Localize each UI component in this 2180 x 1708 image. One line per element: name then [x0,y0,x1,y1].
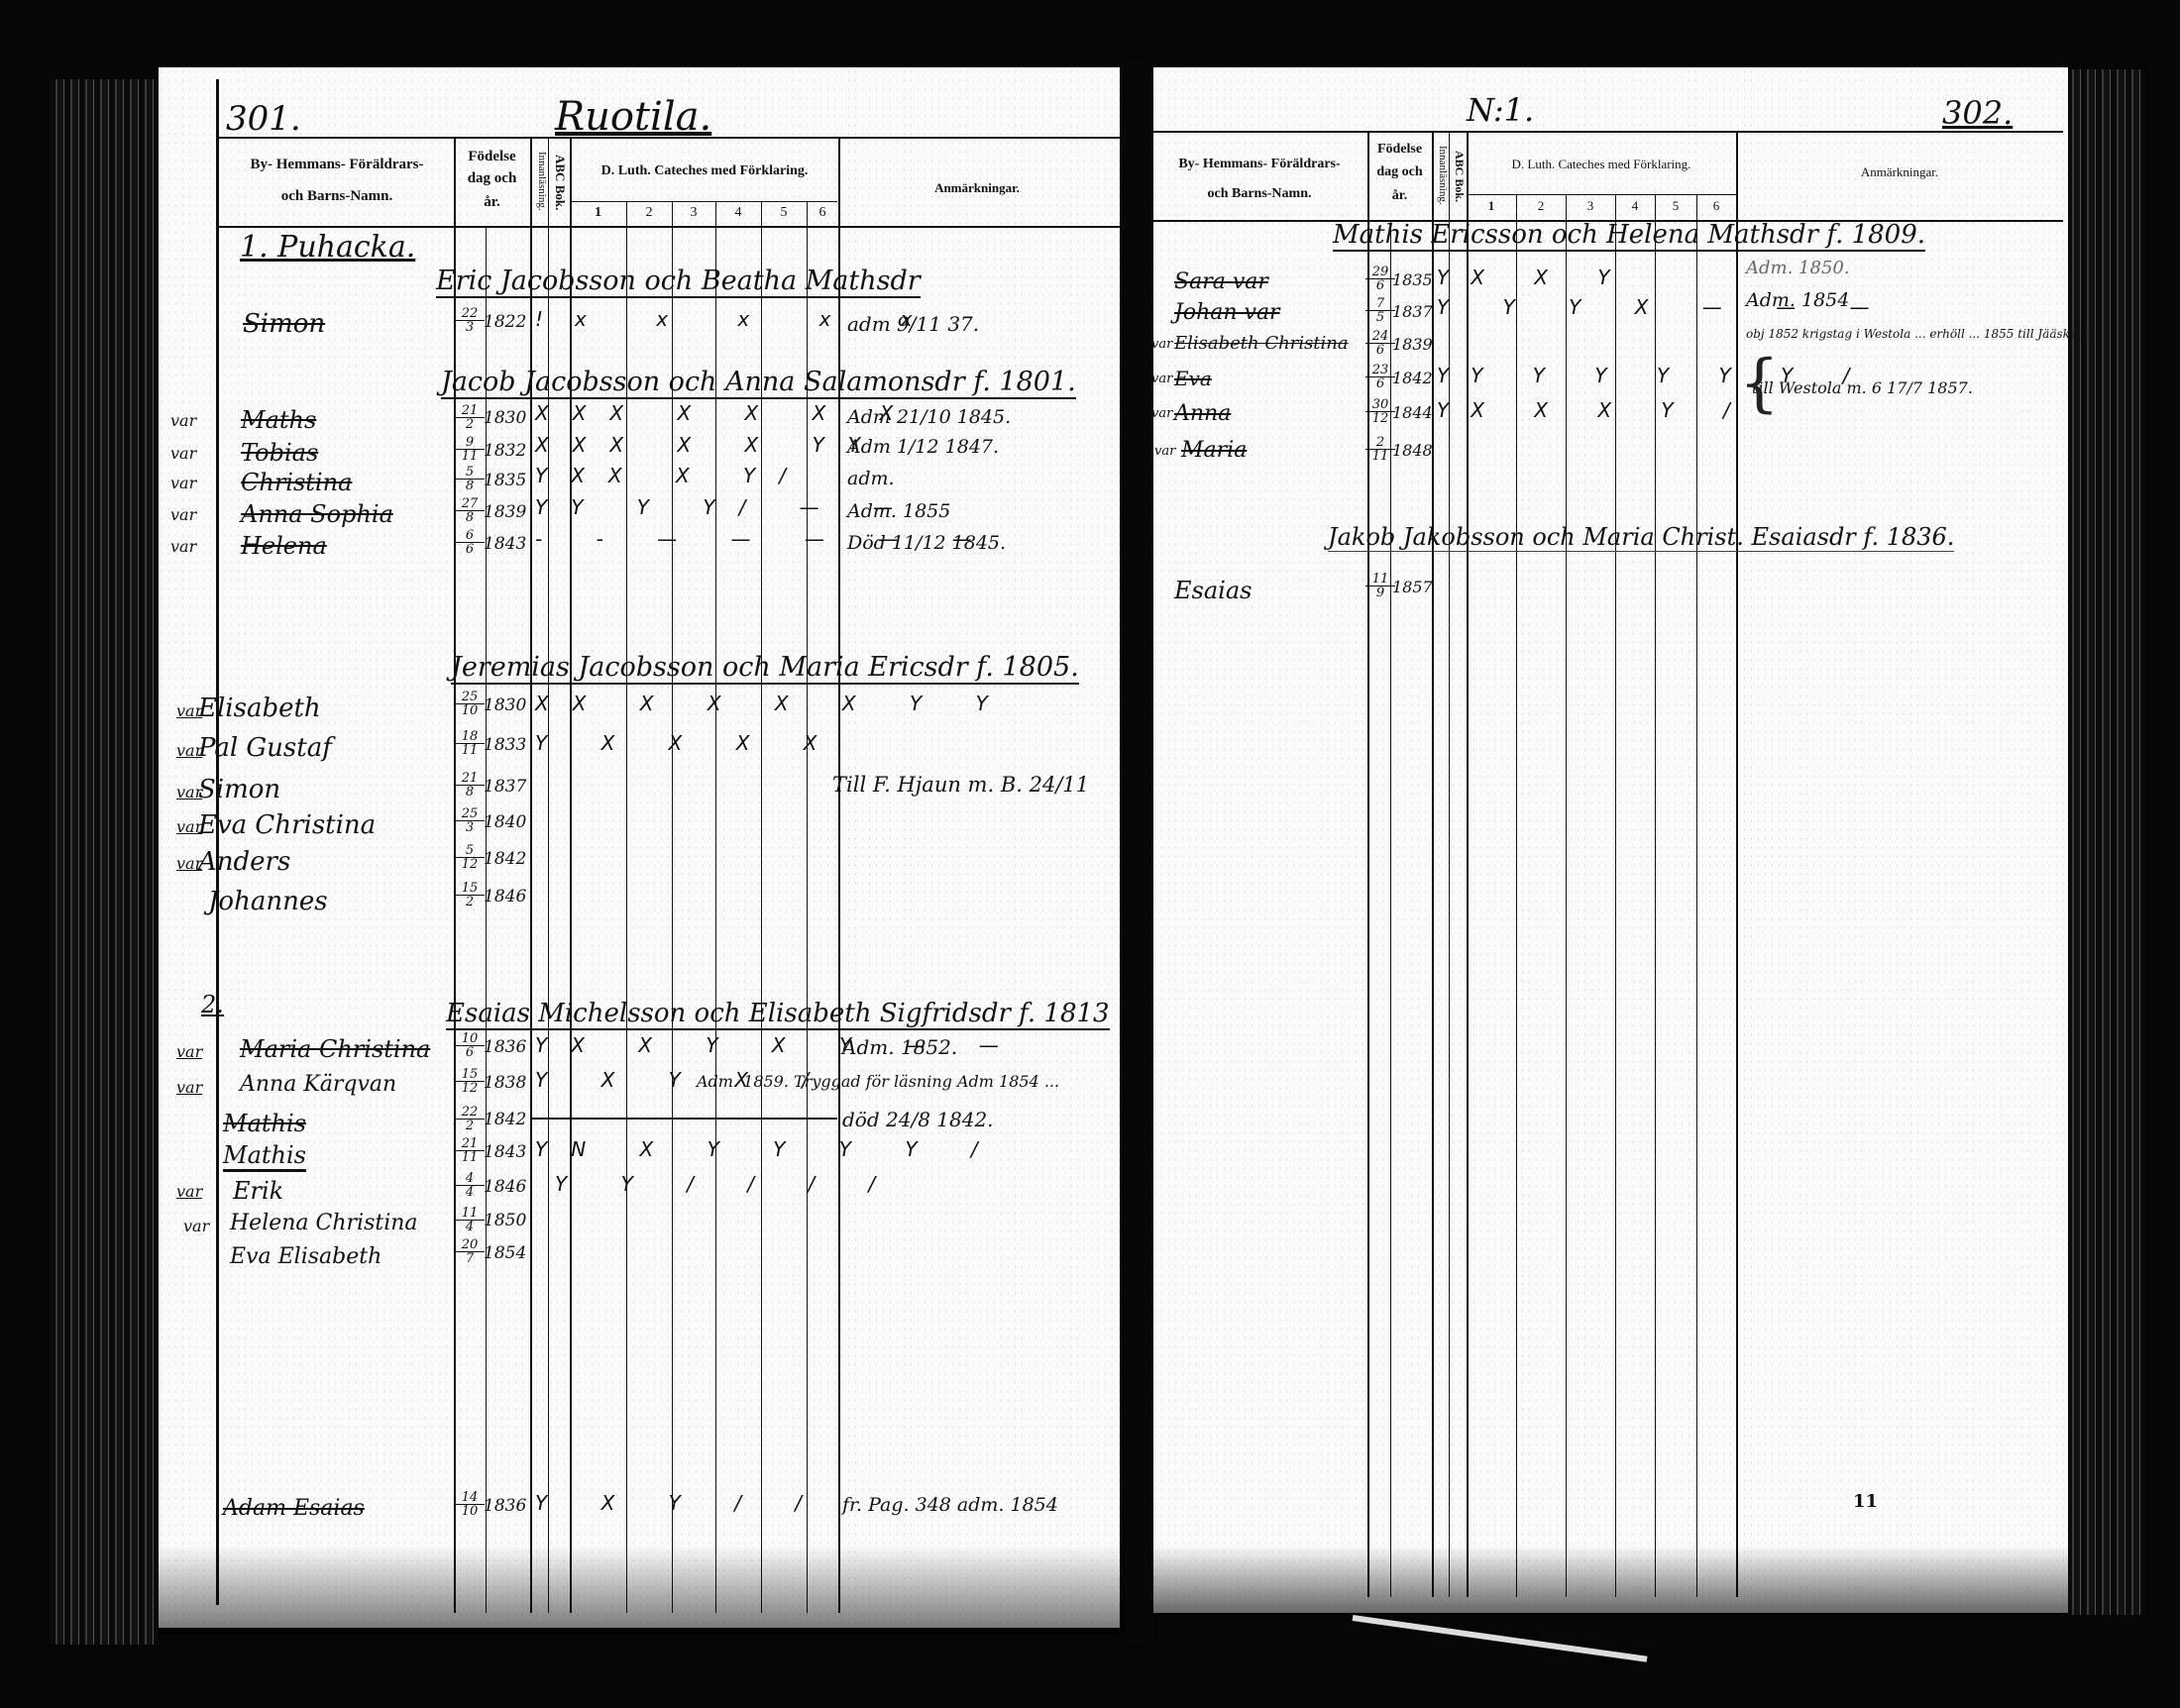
page-label-number: N:1. [1467,91,1534,129]
birth-year: 1836 [484,1496,526,1516]
member-name: Tobias [241,439,318,467]
header-birth-1: Födelse [1367,142,1432,158]
right-book-edge [2066,69,2145,1615]
birth-year: 1857 [1392,578,1433,596]
member-name: Erik [233,1177,283,1205]
header-catechism: D. Luth. Cateches med Förklaring. [570,163,839,179]
var-prefix: var [170,474,196,492]
remark: Till F. Hjaun m. B. 24/11 [832,773,1089,797]
var-prefix: var [176,1182,202,1201]
birth-daymonth: 253 [455,807,485,834]
birth-daymonth: 223 [455,307,485,334]
family-parents: Esaias Michelsson och Elisabeth Sigfrids… [446,999,1110,1030]
catechism-marks: YX X X Y / [1437,398,1752,422]
gutter [1120,59,1153,1645]
header-cat-3: 3 [1566,198,1615,214]
col-line [570,137,572,1613]
left-header-top [216,137,1120,139]
member-name: Simon [243,309,325,339]
birth-year: 1842 [1392,369,1433,387]
header-names-line1: By- Hemmans- Föräldrars- [1151,157,1367,172]
col-line [1449,131,1450,1597]
catechism-marks: - - — — — — — [535,527,996,551]
birth-year: 1854 [484,1243,526,1263]
birth-year: 1830 [484,408,526,428]
farm-number: 2. [201,991,224,1018]
member-name: Esaias [1174,577,1252,604]
birth-year: 1830 [484,695,526,715]
member-name: Maths [241,406,316,434]
header-innanlasning: Innanläsning. [1432,133,1449,218]
member-name: Helena [241,532,327,560]
birth-year: 1832 [484,441,526,461]
member-name: Elisabeth Christina [1174,333,1349,354]
var-prefix: var [1151,337,1172,352]
var-prefix: var [170,505,196,524]
family-parents: Jacob Jacobsson och Anna Salamonsdr f. 1… [441,367,1076,399]
header-birth-2: dag och [454,170,530,187]
header-cat-4: 4 [715,205,761,221]
birth-year: 1839 [1392,335,1433,354]
birth-year: 1846 [484,887,526,907]
member-name: Mathis [223,1141,306,1172]
col-line [1736,131,1738,1597]
member-name: Eva Christina [198,810,376,840]
header-cat-5: 5 [761,205,807,221]
birth-daymonth: 211 [1365,436,1395,463]
birth-year: 1843 [484,1142,526,1162]
member-name: Mathis [223,1110,306,1137]
birth-year: 1846 [484,1177,526,1197]
header-cat-3: 3 [672,205,715,221]
remark: fr. Pag. 348 adm. 1854 [842,1494,1058,1516]
catechism-marks: YX X Y [1437,266,1632,289]
birth-daymonth: 66 [455,529,485,556]
var-prefix: var [176,1078,202,1097]
header-cat-1: 1 [1467,198,1516,214]
birth-daymonth: 75 [1365,297,1395,324]
birth-daymonth: 296 [1365,266,1395,292]
header-cat-4: 4 [1615,198,1655,214]
member-name: Anna [1174,401,1231,426]
birth-daymonth: 212 [455,404,485,431]
birth-year: 1838 [484,1073,526,1093]
birth-daymonth: 1410 [455,1491,485,1518]
remark: obj 1852 krigstag i Westola ... erhöll .… [1746,327,2088,341]
family-parents: Jeremias Jacobsson och Maria Ericsdr f. … [451,652,1079,685]
birth-daymonth: 512 [455,844,485,871]
member-name: Simon [198,775,280,804]
birth-year: 1837 [484,777,526,797]
var-prefix: var [170,537,196,556]
col-line [486,226,487,1613]
member-name: Adam Esaias [223,1496,365,1521]
birth-year: 1842 [484,849,526,869]
birth-year: 1848 [1392,441,1433,460]
catechism-marks: YXX X Y/ [535,464,810,487]
birth-daymonth: 106 [455,1032,485,1059]
catechism-marks: Y X Y / / [535,1491,825,1515]
birth-year: 1822 [484,312,526,332]
birth-daymonth: 911 [455,436,485,463]
birth-daymonth: 1512 [455,1068,485,1095]
birth-daymonth: 236 [1365,364,1395,390]
remark: Adm. 1854 [1746,289,1849,311]
catechism-marks: XXX X X YY [535,433,884,457]
var-prefix: var [176,1042,202,1061]
var-prefix: var [183,1217,209,1235]
remark: Adm. 1850. [1746,258,1850,278]
var-prefix: var [1154,444,1175,459]
birth-daymonth: 218 [455,772,485,799]
header-names-line2: och Barns-Namn. [1151,186,1367,202]
member-name: Eva [1174,367,1212,390]
member-name: Anna Sophia [241,500,393,528]
catechism-marks: !x x x x x [535,307,944,331]
birth-daymonth: 207 [455,1238,485,1265]
page-number-right: 302. [1942,94,2013,132]
birth-daymonth: 119 [1365,573,1395,599]
family-parents: Jakob Jakobsson och Maria Christ. Esaias… [1328,523,1954,552]
birth-year: 1837 [1392,302,1433,321]
var-prefix: var [170,411,196,430]
member-name: Eva Elisabeth [230,1244,381,1269]
birth-daymonth: 2111 [455,1137,485,1164]
left-book-edge [50,79,159,1645]
birth-year: 1850 [484,1211,526,1230]
member-name: Johan var [1174,300,1280,325]
header-cat-6: 6 [1696,198,1736,214]
header-innanlasning: Innanläsning. [530,139,548,224]
var-prefix: var [1151,372,1172,386]
member-name: Sara var [1174,269,1268,294]
birth-daymonth: 2510 [455,691,485,717]
col-line [1467,131,1469,1597]
header-birth-1: Födelse [454,149,530,165]
member-name: Maria [1181,438,1247,463]
village-title: Ruotila. [555,94,711,140]
remark: Adm. 1859. Tryggad för läsning Adm 1854 … [697,1072,1059,1091]
col-line [454,137,456,1613]
header-cat-5: 5 [1655,198,1696,214]
page-number-left: 301. [226,99,301,139]
member-name: Anna Kärqvan [240,1072,396,1097]
member-name: Johannes [208,887,328,916]
header-cat-6: 6 [807,205,838,221]
col-line [548,137,549,1613]
header-birth-2: dag och [1367,164,1432,180]
left-header-bottom [216,226,1120,228]
col-line [1390,220,1391,1597]
birth-year: 1835 [484,471,526,490]
header-remarks: Anmärkningar. [838,180,1116,196]
header-cat-2: 2 [1516,198,1566,214]
birth-daymonth: 3012 [1365,398,1395,425]
header-cat-1: 1 [570,205,626,221]
var-prefix: var [170,444,196,463]
remark: adm. [847,468,895,489]
bottom-mark: 11 [1853,1491,1878,1512]
birth-year: 1840 [484,812,526,832]
birth-daymonth: 152 [455,882,485,908]
birth-daymonth: 246 [1365,330,1395,357]
remark: död 24/8 1842. [842,1108,994,1131]
member-name: Maria Christina [240,1035,430,1063]
header-birth-3: år. [1367,188,1432,204]
catechism-marks: YY Y Y/ — — [535,495,917,519]
birth-daymonth: 278 [455,497,485,524]
struck-line [530,1118,837,1120]
col-line [838,137,840,1613]
header-cat-2: 2 [626,205,672,221]
left-page [159,67,1125,1628]
member-name: Elisabeth [198,694,321,723]
birth-year: 1835 [1392,270,1433,289]
catechism-marks: YN X Y Y Y Y / [535,1137,1002,1161]
remark: till Westola m. 6 17/7 1857. [1752,378,1973,397]
birth-year: 1843 [484,534,526,554]
member-name: Pal Gustaf [198,733,332,763]
header-names-line2: och Barns-Namn. [220,188,454,205]
family-parents: Eric Jacobsson och Beatha Mathsdr [436,266,921,298]
member-name: Christina [241,469,352,496]
birth-year: 1842 [484,1110,526,1129]
catechism-marks: Y X X X X [535,731,840,755]
header-abc: ABC Bok. [550,141,568,224]
birth-year: 1844 [1392,403,1433,422]
catechism-marks: Y Y / / / / [555,1172,899,1196]
birth-daymonth: 114 [455,1207,485,1233]
right-header-top [1151,131,2063,133]
right-page-shadow [1151,1546,2068,1615]
birth-year: 1836 [484,1037,526,1057]
left-cat-subdivider [570,201,837,202]
header-birth-3: år. [454,194,530,211]
member-name: Helena Christina [230,1211,418,1235]
left-col-line [216,79,219,1605]
header-names-line1: By- Hemmans- Föräldrars- [220,157,454,173]
gutter-light-streak [1353,1615,1648,1662]
member-name: Anders [198,847,290,877]
birth-daymonth: 1811 [455,730,485,757]
col-line [530,137,532,1613]
birth-year: 1833 [484,735,526,755]
family-parents: Mathis Ericsson och Helena Mathsdr f. 18… [1333,220,1925,252]
catechism-marks: XXX X X X X [535,401,917,425]
header-catechism: D. Luth. Cateches med Förklaring. [1467,157,1736,172]
birth-year: 1839 [484,502,526,522]
left-page-shadow [159,1546,1125,1635]
birth-daymonth: 58 [455,466,485,492]
birth-daymonth: 222 [455,1106,485,1132]
remark: Adm. 1852. [842,1035,957,1059]
header-abc: ABC Bok. [1450,135,1467,218]
farm-name: 1. Puhacka. [240,230,415,265]
var-prefix: var [1151,406,1172,421]
catechism-marks: XX X X X X Y Y [535,692,1012,715]
birth-daymonth: 44 [455,1172,485,1199]
header-remarks: Anmärkningar. [1736,164,2063,180]
